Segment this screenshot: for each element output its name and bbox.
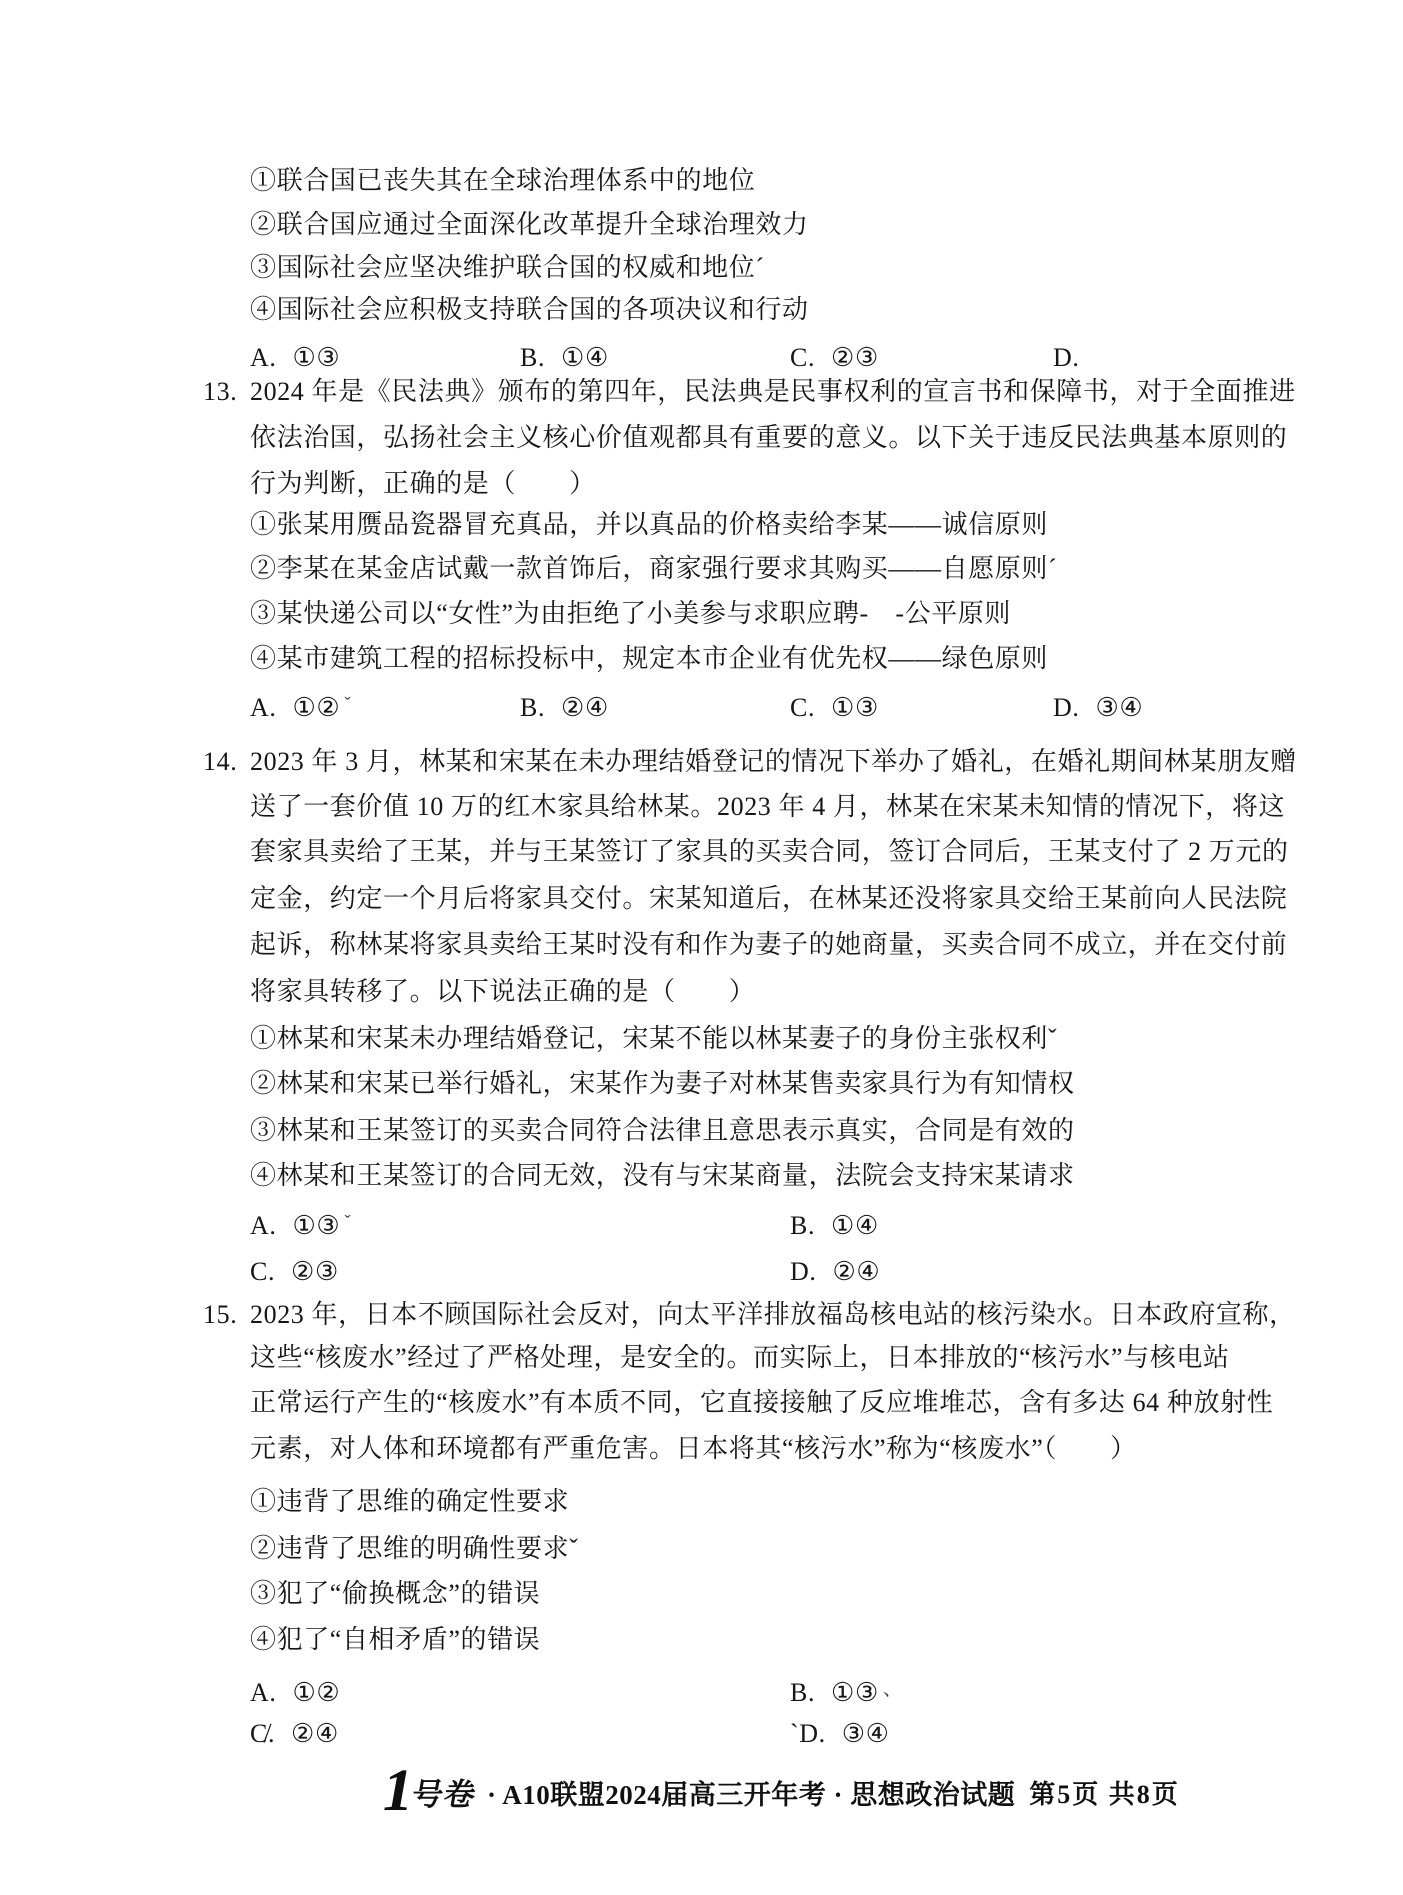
q15-number: 15. bbox=[203, 1300, 237, 1330]
q15-choice-b: B.①③、 bbox=[790, 1675, 902, 1708]
choice-value: ①③ bbox=[292, 343, 340, 372]
q15-choice-c: C̸.②④ bbox=[250, 1716, 343, 1749]
choice-label: C. bbox=[790, 343, 815, 372]
q13-stem-line-2: 依法治国，弘扬社会主义核心价值观都具有重要的意义。以下关于违反民法典基本原则的 bbox=[250, 423, 1287, 453]
q14-stem-line-5: 起诉，称林某将家具卖给王某时没有和作为妻子的她商量，买卖合同不成立，并在交付前 bbox=[250, 930, 1287, 960]
choice-label: A. bbox=[250, 693, 276, 722]
choice-value: ①② bbox=[292, 693, 340, 722]
q14-choice-c: C.②③ bbox=[250, 1254, 343, 1287]
q14-item-1: ①林某和宋某未办理结婚登记，宋某不能以林某妻子的身份主张权利ˇ bbox=[250, 1024, 1057, 1054]
q15-item-3: ③犯了“偷换概念”的错误 bbox=[250, 1579, 540, 1609]
q14-item-3: ③林某和王某签订的买卖合同符合法律且意思表示真实，合同是有效的 bbox=[250, 1116, 1075, 1146]
q12-item-1: ①联合国已丧失其在全球治理体系中的地位 bbox=[250, 166, 755, 196]
q12-choice-c: C.②③ bbox=[790, 340, 883, 373]
choice-label: B. bbox=[520, 343, 545, 372]
q12-choice-d: D. bbox=[1053, 340, 1099, 373]
q13-choice-b: B.②④ bbox=[520, 690, 613, 723]
q12-item-3: ③国际社会应坚决维护联合国的权威和地位ˊ bbox=[250, 253, 765, 283]
q14-item-4: ④林某和王某签订的合同无效，没有与宋某商量，法院会支持宋某请求 bbox=[250, 1161, 1075, 1191]
pen-mark: 、 bbox=[883, 1679, 903, 1700]
exam-brand-logo: 1号卷 bbox=[379, 1768, 481, 1812]
q13-item-1: ①张某用赝品瓷器冒充真品，并以真品的价格卖给李某——诚信原则 bbox=[250, 510, 1048, 540]
choice-label: D. bbox=[790, 1257, 816, 1286]
q15-stem-line-2: 这些“核废水”经过了严格处理，是安全的。而实际上，日本排放的“核污水”与核电站 bbox=[250, 1343, 1230, 1373]
choice-label: B. bbox=[520, 693, 545, 722]
choice-value: ②④ bbox=[832, 1257, 880, 1286]
choice-label: C. bbox=[250, 1257, 275, 1286]
choice-value: ①③ bbox=[831, 1678, 879, 1707]
logo-text: 号卷 bbox=[409, 1778, 479, 1812]
choice-value: ①② bbox=[292, 1678, 340, 1707]
choice-label: A. bbox=[250, 343, 276, 372]
q14-choice-a: A.①③ˇ bbox=[250, 1208, 351, 1241]
q14-stem-line-2: 送了一套价值 10 万的红木家具给林某。2023 年 4 月，林某在宋某未知情的… bbox=[250, 792, 1285, 822]
exam-paper-page: ①联合国已丧失其在全球治理体系中的地位 ②联合国应通过全面深化改革提升全球治理效… bbox=[0, 0, 1403, 1895]
choice-label: B. bbox=[790, 1211, 815, 1240]
q13-stem-line-3: 行为判断，正确的是（ ） bbox=[250, 469, 596, 499]
q12-choice-b: B.①④ bbox=[520, 340, 613, 373]
q15-stem-line-1: 2023 年，日本不顾国际社会反对，向太平洋排放福岛核电站的核污染水。日本政府宣… bbox=[250, 1300, 1296, 1330]
choice-value: ③④ bbox=[1095, 693, 1143, 722]
choice-label: B. bbox=[790, 1678, 815, 1707]
q15-choice-a: A.①② bbox=[250, 1675, 344, 1708]
q14-item-2: ②林某和宋某已举行婚礼，宋某作为妻子对林某售卖家具行为有知情权 bbox=[250, 1069, 1075, 1099]
q12-choice-a: A.①③ bbox=[250, 340, 344, 373]
q13-item-2: ②李某在某金店试戴一款首饰后，商家强行要求其购买——自愿原则ˊ bbox=[250, 554, 1057, 584]
q15-choice-d: ˋD.③④ bbox=[790, 1716, 894, 1749]
q13-number: 13. bbox=[203, 377, 237, 407]
q13-choice-c: C.①③ bbox=[790, 690, 883, 723]
choice-label: A. bbox=[250, 1211, 276, 1240]
exam-title: · A10联盟2024届高三开年考 · 思想政治试题 bbox=[487, 1778, 1015, 1812]
choice-value: ①④ bbox=[561, 343, 609, 372]
q13-item-3: ③某快递公司以“女性”为由拒绝了小美参与求职应聘- -公平原则 bbox=[250, 599, 1011, 629]
pen-mark: ˇ bbox=[344, 1212, 351, 1233]
choice-label: A. bbox=[250, 1678, 276, 1707]
choice-value: ①④ bbox=[831, 1211, 879, 1240]
choice-value: ①③ bbox=[292, 1211, 340, 1240]
choice-label: ˋD. bbox=[790, 1719, 826, 1748]
q13-choice-a: A.①②ˇ bbox=[250, 690, 351, 723]
q13-item-4: ④某市建筑工程的招标投标中，规定本市企业有优先权——绿色原则 bbox=[250, 644, 1048, 674]
q15-item-1: ①违背了思维的确定性要求 bbox=[250, 1487, 569, 1517]
page-number: 第5页 共8页 bbox=[1029, 1778, 1180, 1812]
q13-choice-d: D.③④ bbox=[1053, 690, 1147, 723]
q14-choice-d: D.②④ bbox=[790, 1254, 884, 1287]
q14-stem-line-3: 套家具卖给了王某，并与王某签订了家具的买卖合同，签订合同后，王某支付了 2 万元… bbox=[250, 837, 1289, 867]
q15-item-4: ④犯了“自相矛盾”的错误 bbox=[250, 1625, 540, 1655]
pen-mark: ˇ bbox=[344, 694, 351, 715]
choice-value: ②④ bbox=[561, 693, 609, 722]
q14-stem-line-6: 将家具转移了。以下说法正确的是（ ） bbox=[250, 977, 755, 1007]
choice-value: ②③ bbox=[831, 343, 879, 372]
q12-item-4: ④国际社会应积极支持联合国的各项决议和行动 bbox=[250, 295, 809, 325]
choice-label: C. bbox=[790, 693, 815, 722]
choice-value: ①③ bbox=[831, 693, 879, 722]
choice-value: ②③ bbox=[291, 1257, 339, 1286]
choice-label: D. bbox=[1053, 343, 1079, 372]
choice-label: D. bbox=[1053, 693, 1079, 722]
q15-item-2: ②违背了思维的明确性要求ˇ bbox=[250, 1534, 578, 1564]
q14-stem-line-4: 定金，约定一个月后将家具交付。宋某知道后，在林某还没将家具交给王某前向人民法院 bbox=[250, 884, 1287, 914]
q15-stem-line-3: 正常运行产生的“核废水”有本质不同，它直接接触了反应堆堆芯，含有多达 64 种放… bbox=[250, 1388, 1273, 1418]
choice-value: ②④ bbox=[291, 1719, 339, 1748]
page-footer: 1号卷 · A10联盟2024届高三开年考 · 思想政治试题 第5页 共8页 bbox=[383, 1768, 1180, 1812]
choice-value: ③④ bbox=[842, 1719, 890, 1748]
choice-label: C̸. bbox=[250, 1719, 275, 1748]
q15-stem-line-4: 元素，对人体和环境都有严重危害。日本将其“核污水”称为“核废水”（ ） bbox=[250, 1434, 1137, 1464]
q13-stem-line-1: 2024 年是《民法典》颁布的第四年，民法典是民事权利的宣言书和保障书，对于全面… bbox=[250, 377, 1296, 407]
q14-number: 14. bbox=[203, 747, 237, 777]
q14-choice-b: B.①④ bbox=[790, 1208, 883, 1241]
q14-stem-line-1: 2023 年 3 月，林某和宋某在未办理结婚登记的情况下举办了婚礼，在婚礼期间林… bbox=[250, 747, 1297, 777]
q12-item-2: ②联合国应通过全面深化改革提升全球治理效力 bbox=[250, 210, 809, 240]
